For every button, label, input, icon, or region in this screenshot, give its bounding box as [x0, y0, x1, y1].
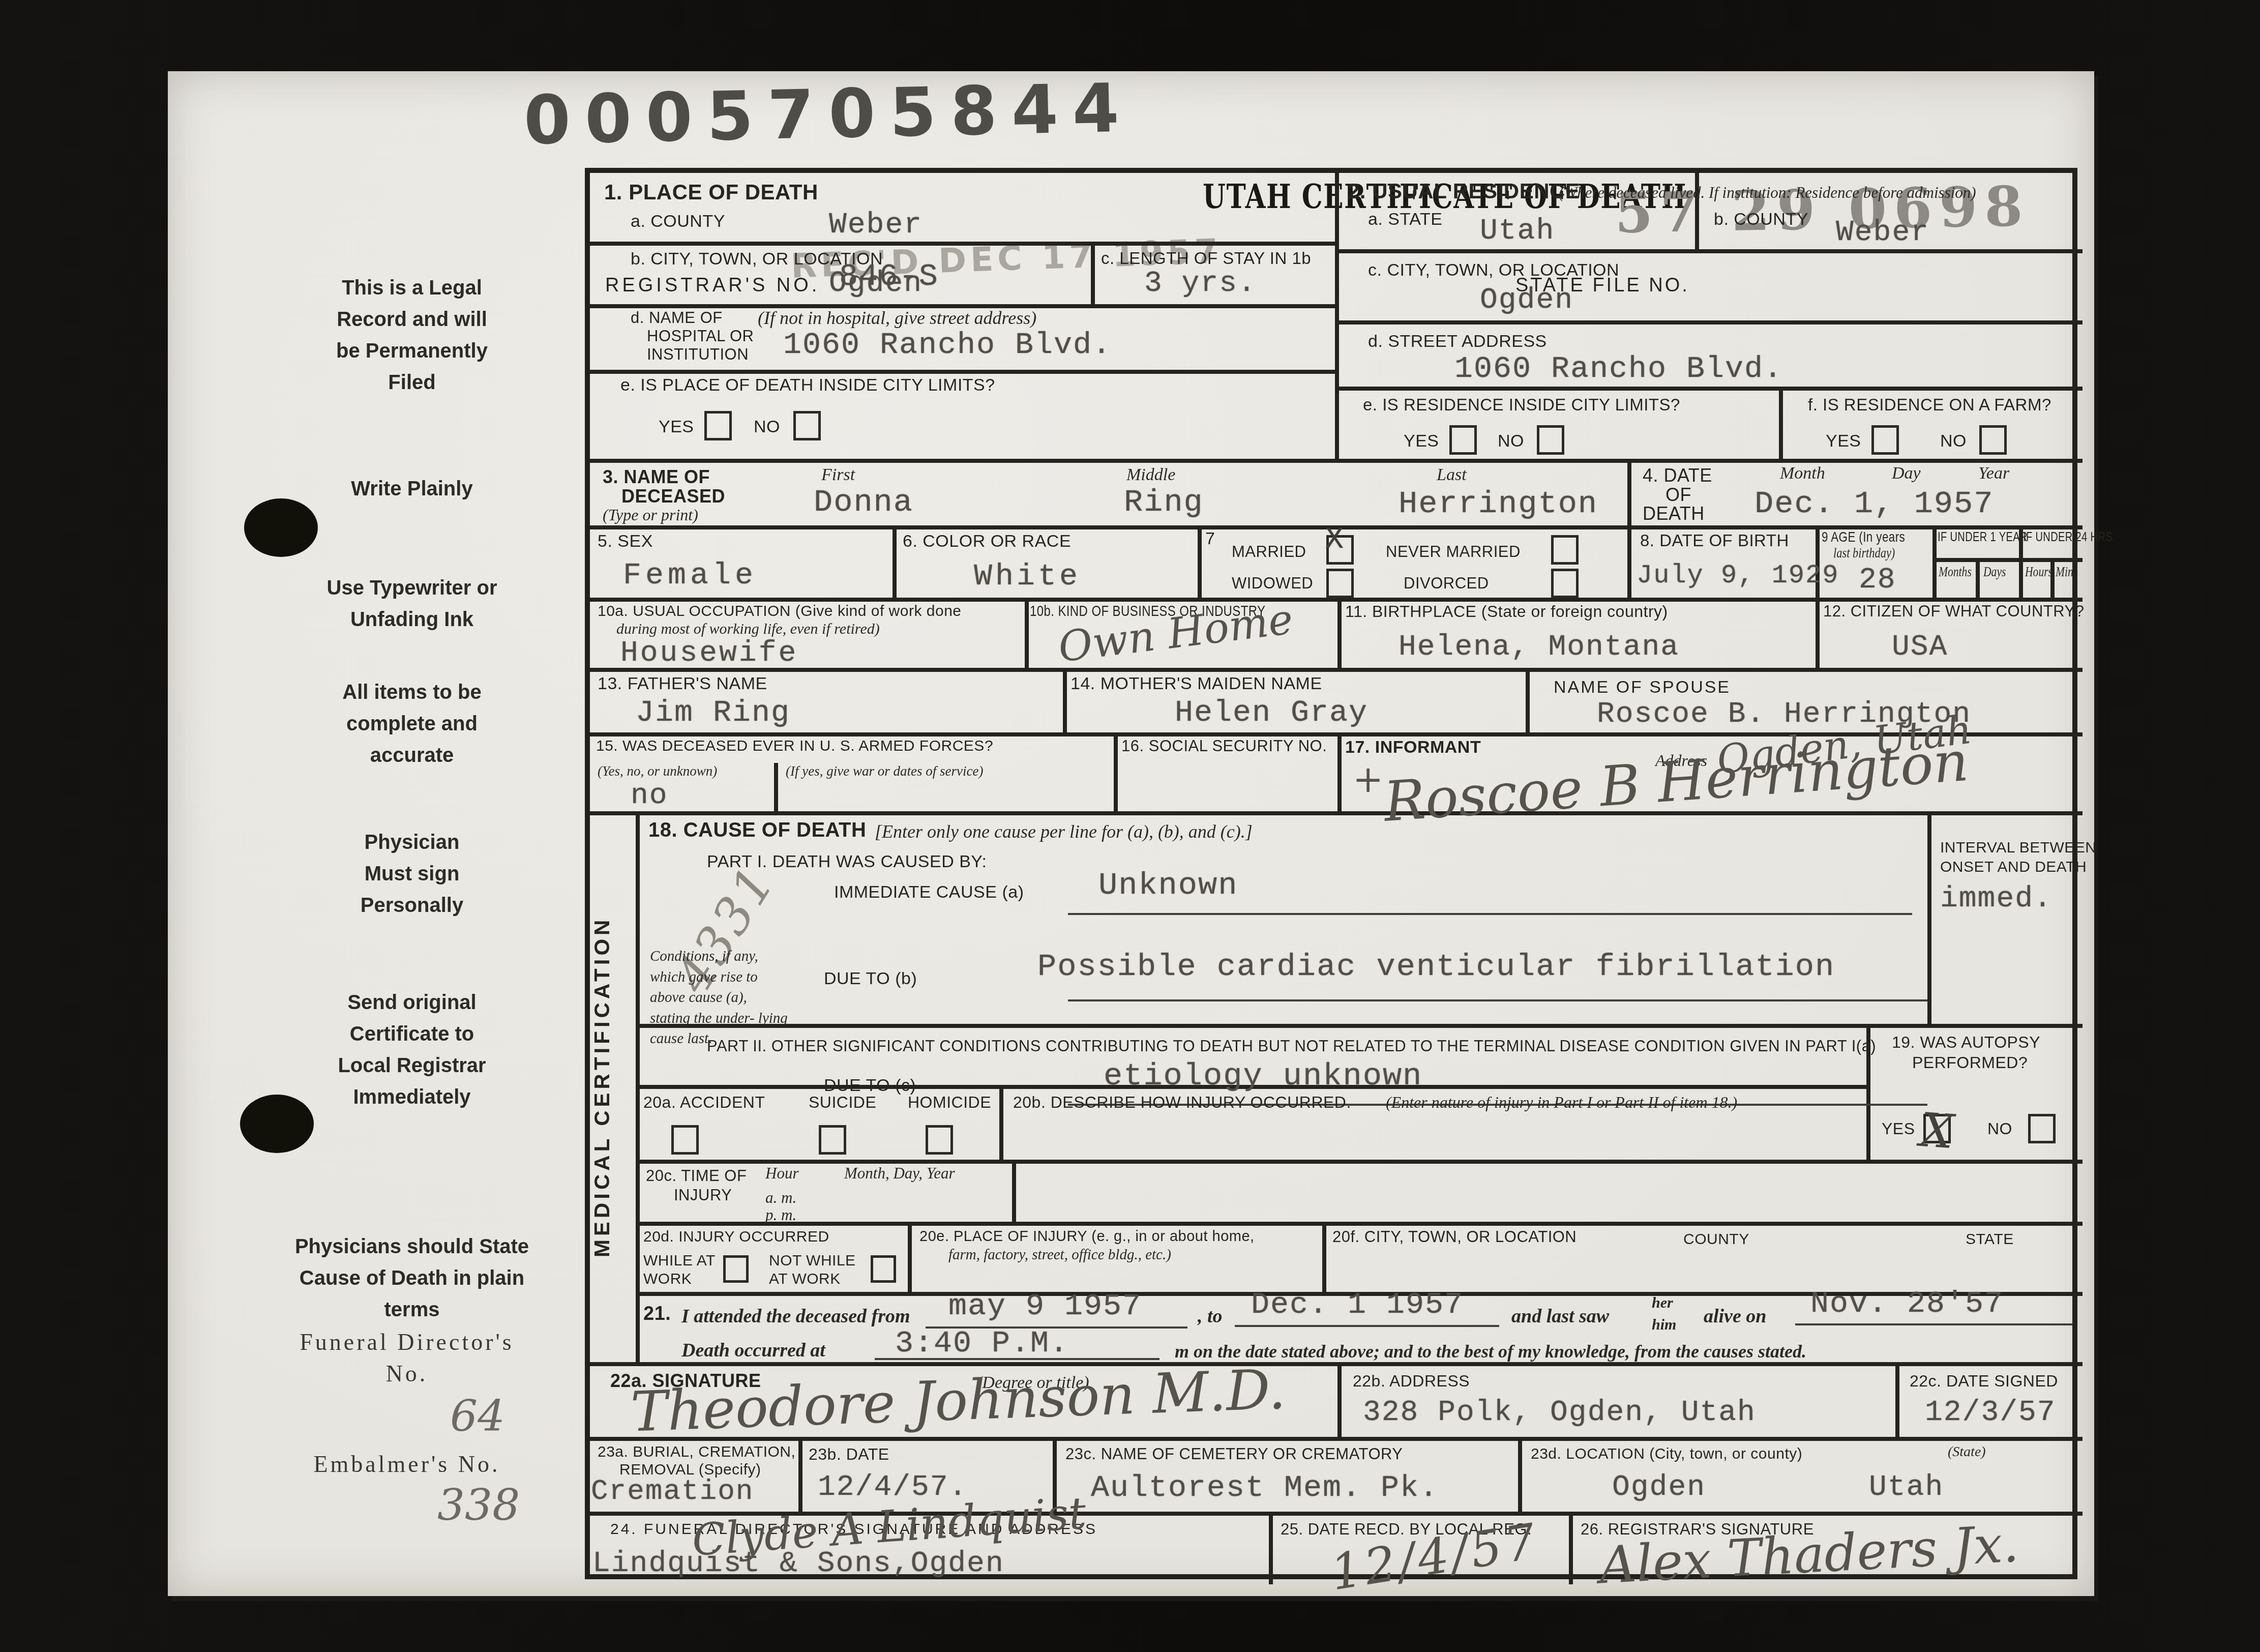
- divider: [774, 763, 778, 811]
- divider: [636, 811, 640, 1362]
- hour-header: Hour: [765, 1165, 798, 1182]
- item-21-number: 21.: [643, 1303, 671, 1325]
- last-name-header: Last: [1437, 465, 1467, 484]
- her-text: her: [1652, 1294, 1673, 1311]
- divider: [1932, 525, 1937, 598]
- res-city-value: Ogden: [1480, 284, 1573, 317]
- age-label: 9 AGE (In years: [1822, 529, 1905, 545]
- due-to-c-value: etiology unknown: [1104, 1058, 1422, 1094]
- divider: [636, 1024, 2083, 1028]
- city-value: Ogden: [829, 267, 923, 300]
- injury-occurred-label: 20d. INJURY OCCURRED: [643, 1228, 829, 1246]
- medical-certification-vertical-label: MEDICAL CERTIFICATION: [590, 811, 636, 1362]
- margin-note-typewriter: Use Typewriter or Unfading Ink: [300, 572, 524, 635]
- year-header: Year: [1978, 464, 2009, 483]
- social-security-label: 16. SOCIAL SECURITY NO.: [1121, 737, 1327, 755]
- line: [1795, 1323, 2072, 1325]
- homicide-label: HOMICIDE: [908, 1094, 991, 1112]
- age-label: last birthday): [1833, 546, 1895, 562]
- divider: [590, 1362, 2083, 1366]
- physician-address-value: 328 Polk, Ogden, Utah: [1363, 1396, 1756, 1429]
- divider: [1025, 598, 1029, 668]
- due-to-b-value: Possible cardiac venticular fibrillation: [1037, 949, 1835, 985]
- divider: [1335, 320, 2083, 324]
- yes-label: YES: [1826, 431, 1861, 451]
- res-farm-label: f. IS RESIDENCE ON A FARM?: [1808, 396, 2051, 415]
- describe-injury-note: (Enter nature of injury in Part I or Par…: [1386, 1094, 1737, 1111]
- divider: [590, 242, 1335, 246]
- months-header: Months: [1939, 565, 1972, 580]
- armed-forces-note: (Yes, no, or unknown): [598, 764, 717, 779]
- margin-note-send-original: Send original Certificate to Local Regis…: [336, 987, 488, 1113]
- divider: [636, 1222, 2083, 1226]
- divider: [1198, 525, 1202, 598]
- last-seen-alive-value: Nov. 28'57: [1810, 1287, 2004, 1321]
- funeral-director-no-value: 64: [450, 1391, 505, 1441]
- checkbox-place-city-no: [793, 411, 821, 440]
- place-of-injury-label: farm, factory, street, office bldg., etc…: [948, 1247, 1171, 1263]
- punch-hole: [240, 1095, 314, 1153]
- divider: [590, 811, 2083, 815]
- date-of-death-label: 4. DATE: [1643, 465, 1712, 486]
- divider: [1335, 173, 1339, 459]
- divider: [1322, 1222, 1326, 1292]
- describe-injury-label: 20b. DESCRIBE HOW INJURY OCCURRED.: [1013, 1094, 1351, 1112]
- mother-maiden-name-value: Helen Gray: [1175, 696, 1368, 730]
- widowed-label: WIDOWED: [1232, 575, 1313, 593]
- month-header: Month: [1780, 464, 1825, 483]
- conditions-note: Conditions, if any, which gave rise to a…: [650, 946, 790, 1049]
- attended-text: I attended the deceased from: [681, 1306, 910, 1327]
- name-of-deceased-title: DECEASED: [621, 486, 725, 507]
- checkbox-res-city-no: [1537, 425, 1564, 455]
- checkbox-widowed: [1326, 569, 1354, 598]
- hours-header: Hours: [2025, 565, 2053, 580]
- divider: [590, 668, 2083, 672]
- yes-label: YES: [1882, 1120, 1915, 1138]
- embalmer-no-value: 338: [437, 1480, 520, 1530]
- divider: [1335, 387, 2083, 391]
- marital-status-number: 7: [1205, 529, 1215, 548]
- autopsy-label: PERFORMED?: [1912, 1054, 2028, 1072]
- yes-label: YES: [1404, 431, 1439, 451]
- autopsy-label: 19. WAS AUTOPSY: [1892, 1034, 2040, 1052]
- days-header: Days: [1983, 565, 2006, 580]
- occupation-label: 10a. USUAL OCCUPATION (Give kind of work…: [598, 603, 962, 620]
- armed-forces-value: no: [631, 779, 668, 812]
- state-note: (State): [1948, 1444, 1986, 1460]
- physician-address-label: 22b. ADDRESS: [1353, 1372, 1470, 1391]
- divider: [1932, 558, 2083, 562]
- color-or-race-value: White: [974, 559, 1081, 594]
- suicide-label: SUICIDE: [809, 1094, 876, 1112]
- married-label: MARRIED: [1232, 543, 1306, 561]
- res-city-limits-label: e. IS RESIDENCE INSIDE CITY LIMITS?: [1363, 396, 1680, 415]
- day-header: Day: [1892, 464, 1921, 483]
- checkbox-res-farm-yes: [1871, 425, 1899, 455]
- certificate-form: 1. PLACE OF DEATH a. COUNTY Weber b. CIT…: [585, 168, 2077, 1579]
- margin-note-plain-terms: Physicians should State Cause of Death i…: [285, 1231, 539, 1325]
- part2-label: PART II. OTHER SIGNIFICANT CONDITIONS CO…: [707, 1038, 1876, 1055]
- informant-label: 17. INFORMANT: [1345, 737, 1481, 757]
- father-name-value: Jim Ring: [636, 696, 790, 730]
- divider: [999, 1085, 1003, 1160]
- margin-note-physician-sign: Physician Must sign Personally: [346, 827, 478, 921]
- divider: [1518, 1437, 1522, 1512]
- immediate-cause-value: Unknown: [1098, 867, 1238, 903]
- burial-city-value: Ogden: [1612, 1471, 1706, 1504]
- time-of-injury-label: 20c. TIME OF: [646, 1167, 747, 1185]
- armed-forces-label: 15. WAS DECEASED EVER IN U. S. ARMED FOR…: [596, 737, 993, 755]
- divider: [1627, 525, 1631, 598]
- am-label: a. m.: [765, 1189, 796, 1206]
- checkbox-divorced: [1551, 569, 1579, 598]
- hospital-label: d. NAME OF: [631, 309, 723, 327]
- checkbox-res-farm-no: [1979, 425, 2007, 455]
- divider: [1927, 811, 1931, 1024]
- place-of-death-title: 1. PLACE OF DEATH: [604, 180, 818, 204]
- divider: [590, 370, 1335, 374]
- interval-label: INTERVAL BETWEEN: [1940, 839, 2097, 857]
- date-of-death-label: DEATH: [1643, 504, 1705, 524]
- res-county-value: Weber: [1836, 216, 1929, 249]
- burial-label: 23a. BURIAL, CREMATION,: [598, 1443, 795, 1461]
- place-of-injury-label: 20e. PLACE OF INJURY (e. g., in or about…: [919, 1228, 1255, 1245]
- sex-value: Female: [623, 558, 757, 593]
- county-label: a. COUNTY: [631, 212, 725, 231]
- date-of-death-label: OF: [1666, 485, 1691, 505]
- middle-name-value: Ring: [1124, 484, 1204, 520]
- birthplace-label: 11. BIRTHPLACE (State or foreign country…: [1345, 603, 1668, 621]
- married-check-mark: X: [1325, 523, 1345, 557]
- divider: [1337, 1362, 1342, 1437]
- no-label: NO: [1498, 431, 1524, 451]
- checkbox-not-while-at-work: [871, 1255, 896, 1283]
- divider: [1337, 732, 1342, 811]
- middle-name-header: Middle: [1126, 465, 1175, 484]
- funeral-director-no-label: Funeral Director's No.: [290, 1326, 524, 1390]
- checkbox-place-city-yes: [704, 411, 732, 440]
- divider: [1779, 387, 1783, 459]
- occupation-label: during most of working life, even if ret…: [616, 621, 880, 637]
- length-of-stay-label: c. LENGTH OF STAY IN 1b: [1101, 249, 1311, 268]
- margin-note-write-plainly: Write Plainly: [325, 473, 498, 505]
- no-label: NO: [754, 417, 780, 436]
- while-at-work-label: WORK: [643, 1271, 692, 1288]
- cause-b-line: [1068, 999, 1927, 1001]
- divider: [1063, 668, 1067, 732]
- name-of-deceased-title: 3. NAME OF: [603, 467, 710, 487]
- divider: [1335, 249, 2083, 253]
- due-to-b-label: DUE TO (b): [824, 969, 917, 988]
- margin-note-legal-record: This is a Legal Record and will be Perma…: [336, 272, 488, 398]
- date-signed-value: 12/3/57: [1925, 1396, 2056, 1429]
- length-of-stay-value: 3 yrs.: [1144, 267, 1257, 300]
- yes-label: YES: [659, 417, 694, 436]
- occupation-value: Housewife: [620, 637, 798, 670]
- checkbox-accident: [671, 1125, 699, 1155]
- due-to-c-label: DUE TO (c): [824, 1076, 916, 1095]
- never-married-label: NEVER MARRIED: [1386, 543, 1521, 561]
- punch-hole: [244, 498, 318, 557]
- interval-value: immed.: [1940, 882, 2053, 916]
- type-or-print-note: (Type or print): [603, 506, 698, 524]
- hospital-label: HOSPITAL OR: [647, 328, 754, 345]
- attended-text: alive on: [1704, 1306, 1766, 1327]
- state-value: Utah: [1480, 215, 1555, 248]
- first-name-header: First: [821, 465, 855, 484]
- street-address-label: d. STREET ADDRESS: [1368, 332, 1547, 351]
- divider: [1012, 1160, 1016, 1222]
- date-of-birth-label: 8. DATE OF BIRTH: [1640, 532, 1789, 550]
- divider: [908, 1222, 912, 1292]
- date-of-birth-value: July 9, 1929: [1637, 560, 1839, 591]
- injury-state-header: STATE: [1966, 1231, 2014, 1248]
- margin-note-complete: All items to be complete and accurate: [328, 676, 496, 771]
- attended-text: , to: [1198, 1306, 1223, 1327]
- scanned-death-certificate: 0005705844 REC'D DEC 17 1957 REGISTRAR'S…: [0, 0, 2260, 1652]
- street-address-value: 1060 Rancho Blvd.: [1454, 352, 1783, 387]
- no-label: NO: [1987, 1120, 2012, 1138]
- immediate-cause-label: IMMEDIATE CAUSE (a): [834, 882, 1024, 902]
- line: [1235, 1325, 1499, 1327]
- attended-from-value: may 9 1957: [948, 1289, 1142, 1324]
- age-value: 28: [1859, 564, 1896, 597]
- checkbox-while-at-work: [723, 1255, 749, 1283]
- res-county-label: b. COUNTY: [1714, 210, 1808, 229]
- burial-value: Cremation: [591, 1475, 754, 1508]
- divider: [798, 1437, 802, 1512]
- time-of-death-value: 3:40 P.M.: [895, 1326, 1069, 1361]
- not-while-at-work-label: NOT WHILE: [769, 1252, 856, 1270]
- birthplace-value: Helena, Montana: [1399, 631, 1679, 664]
- burial-date-label: 23b. DATE: [809, 1445, 889, 1464]
- spouse-name-label: NAME OF SPOUSE: [1554, 677, 1731, 697]
- checkbox-never-married: [1551, 535, 1579, 565]
- divider: [1895, 1362, 1899, 1437]
- injury-city-label: 20f. CITY, TOWN, OR LOCATION: [1332, 1228, 1577, 1246]
- color-or-race-label: 6. COLOR OR RACE: [903, 532, 1071, 551]
- armed-forces-note: (If yes, give war or dates of service): [786, 764, 983, 779]
- usual-residence-title: 2. USUAL RESIDENCE: [1348, 179, 1580, 203]
- accident-label: 20a. ACCIDENT: [643, 1094, 765, 1112]
- month-day-year-header: Month, Day, Year: [844, 1165, 955, 1182]
- divider: [893, 525, 897, 598]
- if-under-1-year-header: IF UNDER 1 YEAR: [1938, 530, 2028, 544]
- not-while-at-work-label: AT WORK: [769, 1271, 841, 1288]
- divider: [590, 459, 2083, 463]
- last-name-value: Herrington: [1399, 486, 1598, 522]
- burial-state-value: Utah: [1869, 1471, 1944, 1504]
- cause-of-death-label: 18. CAUSE OF DEATH: [648, 819, 866, 842]
- divider: [1976, 558, 1980, 598]
- no-label: NO: [1940, 431, 1967, 451]
- state-label: a. STATE: [1368, 210, 1442, 229]
- him-text: him: [1652, 1316, 1676, 1333]
- cemetery-label: 23c. NAME OF CEMETERY OR CREMATORY: [1065, 1445, 1403, 1463]
- attended-text: and last saw: [1511, 1306, 1609, 1327]
- if-under-24-hrs-header: IF UNDER 24 HRS.: [2023, 530, 2116, 544]
- usual-residence-note: (Where deceased lived. If institution: R…: [1559, 184, 1976, 201]
- time-of-injury-label: INJURY: [674, 1187, 732, 1204]
- certificate-paper: 0005705844 REC'D DEC 17 1957 REGISTRAR'S…: [168, 71, 2094, 1596]
- divider: [590, 598, 2083, 602]
- divider: [1337, 598, 1342, 668]
- min-header: Min.: [2056, 565, 2076, 580]
- informant-signature-mark: +: [1353, 758, 1383, 801]
- date-of-death-value: Dec. 1, 1957: [1755, 486, 1994, 522]
- hospital-label: INSTITUTION: [647, 346, 749, 364]
- checkbox-res-city-yes: [1449, 425, 1477, 455]
- autopsy-yes-mark: X: [1918, 1103, 1955, 1159]
- first-name-value: Donna: [814, 484, 913, 520]
- injury-county-header: COUNTY: [1683, 1231, 1749, 1248]
- inside-city-limits-label: e. IS PLACE OF DEATH INSIDE CITY LIMITS?: [620, 375, 995, 395]
- divider: [1091, 242, 1095, 304]
- divider: [1269, 1512, 1273, 1584]
- res-city-label: c. CITY, TOWN, OR LOCATION: [1368, 260, 1619, 280]
- cause-of-death-note: [Enter only one cause per line for (a), …: [875, 822, 1253, 842]
- divider: [1627, 459, 1631, 525]
- checkbox-homicide: [926, 1125, 953, 1155]
- cause-a-line: [1068, 913, 1912, 915]
- line: [875, 1358, 1159, 1360]
- interval-label: ONSET AND DEATH: [1940, 859, 2087, 876]
- divider: [636, 1160, 2083, 1164]
- death-occurred-text: Death occurred at: [681, 1340, 825, 1362]
- divider: [1526, 668, 1530, 732]
- burial-location-label: 23d. LOCATION (City, town, or county): [1531, 1445, 1802, 1463]
- embalmer-no-label: Embalmer's No.: [285, 1451, 529, 1478]
- hospital-note: (If not in hospital, give street address…: [758, 308, 1036, 329]
- serial-number-stamp: 0005705844: [523, 69, 1134, 160]
- citizen-value: USA: [1892, 631, 1948, 664]
- cemetery-value: Aultorest Mem. Pk.: [1091, 1471, 1439, 1506]
- mother-maiden-name-label: 14. MOTHER'S MAIDEN NAME: [1070, 674, 1322, 693]
- pm-label: p. m.: [765, 1206, 796, 1224]
- attended-to-value: Dec. 1 1957: [1251, 1288, 1464, 1322]
- place-street-address-value: 1060 Rancho Blvd.: [783, 328, 1112, 363]
- county-value: Weber: [829, 209, 923, 242]
- citizen-label: 12. CITIZEN OF WHAT COUNTRY?: [1823, 603, 2085, 621]
- checkbox-suicide: [819, 1125, 846, 1155]
- while-at-work-label: WHILE AT: [643, 1252, 716, 1270]
- divider: [1816, 598, 1820, 668]
- divider: [1569, 1512, 1573, 1584]
- divider: [1114, 732, 1118, 811]
- father-name-label: 13. FATHER'S NAME: [598, 674, 767, 693]
- checkbox-autopsy-no: [2028, 1114, 2056, 1143]
- city-label: b. CITY, TOWN, OR LOCATION: [631, 249, 883, 269]
- sex-label: 5. SEX: [598, 532, 653, 551]
- divorced-label: DIVORCED: [1404, 575, 1489, 593]
- date-signed-label: 22c. DATE SIGNED: [1910, 1372, 2058, 1391]
